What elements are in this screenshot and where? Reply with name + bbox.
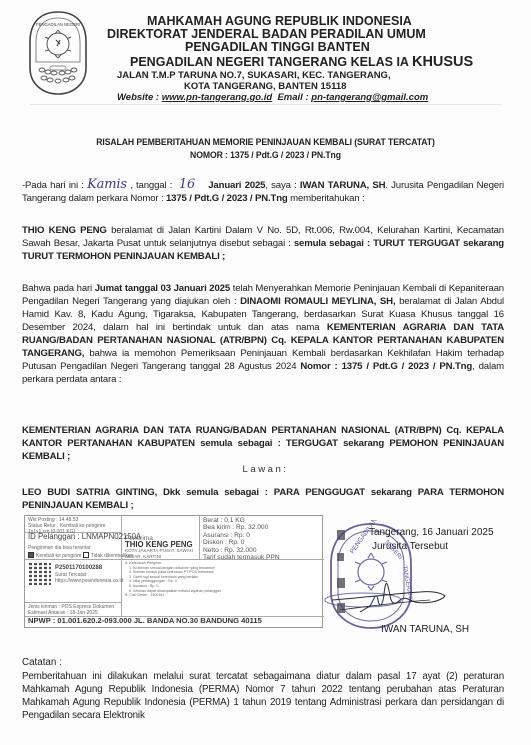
signature-name: IWAN TARUNA, SH — [381, 624, 469, 635]
return-to-sender-checkbox[interactable] — [28, 552, 34, 558]
receipt-recipient-address: KOTA JAKARTA PUSAT, SAWAH BESAR, KARTINI — [125, 548, 197, 560]
court-logo-icon: PENGADILAN NEGERI — [27, 10, 89, 96]
month-year: Januari 2025 — [208, 180, 265, 191]
recipient-paragraph: THIO KENG PENG beralamat di Jalan Kartin… — [22, 224, 504, 263]
postal-receipt: Wkt Posting : 14.48.53 Status Retur : Ke… — [24, 515, 323, 628]
case-number: 1375 / Pdt.G / 2023 / PN.Tng — [166, 193, 288, 204]
filer-name: DINAOMI ROMAULI MEYLINA, SH, — [240, 296, 395, 307]
court-name: PENGADILAN NEGERI TANGERANG KELAS IA — [130, 55, 412, 69]
no-return-checkbox[interactable] — [83, 552, 89, 558]
discount: Diskon : Rp. 0 — [203, 539, 280, 546]
petitioner-party: KEMENTERIAN AGRARIA DAN TATA RUANG/BADAN… — [22, 424, 504, 463]
respondent-party: LEO BUDI SATRIA GINTING, Dkk semula seba… — [22, 486, 504, 512]
opening-prefix: -Pada hari ini : — [22, 180, 87, 191]
recipient-name: THIO KENG PENG — [22, 225, 107, 236]
letterhead-address1: JALAN T.M.P TARUNA NO.7, SUKASARI, KEC. … — [117, 70, 391, 81]
letterhead-line4: PENGADILAN NEGERI TANGERANG KELAS IA KHU… — [130, 54, 473, 70]
opening-paragraph: -Pada hari ini : Kamis , tanggal : 16 Ja… — [22, 178, 504, 205]
shipment-info: Jenis kiriman : POS Express Dokumen Esti… — [28, 604, 114, 616]
tracking-url: https://www.posindonesia.co.id — [55, 578, 123, 584]
delivery-option-label: Pengiriman dia bisa terantar — [28, 545, 91, 551]
insurance: Asuransi : Rp. 0 — [203, 532, 280, 539]
header-divider — [30, 104, 501, 105]
tracking-block: P2501170100288 Surat Tercatat https://ww… — [55, 564, 123, 584]
website-label: Website : — [117, 92, 162, 103]
npwp: NPWP : 01.001.620.2-093.000 JL. BANDA NO… — [28, 616, 262, 625]
document-number: NOMOR : 1375 / Pdt.G / 2023 / PN.Tng — [19, 150, 513, 160]
opening-suffix: memberitahukan : — [288, 193, 365, 204]
court-class: KHUSUS — [412, 54, 473, 70]
receipt-divider — [199, 516, 200, 559]
letterhead-line2: DIREKTORAT JENDERAL BADAN PERADILAN UMUM — [107, 27, 426, 41]
shipping-fee: Bea kirim : Rp. 32.000 — [203, 524, 280, 531]
letterhead-address2: KOTA TANGERANG, BANTEN 15118 — [184, 81, 346, 92]
versus-label: Lawan: — [0, 464, 531, 475]
letterhead-line3: PENGADILAN TINGGI BANTEN — [185, 40, 370, 54]
tracking-number: P2501170100288 — [55, 564, 123, 572]
recipient-block: Penerima THIO KENG PENG KOTA JAKARTA PUS… — [125, 535, 197, 560]
signature-role: Jurusita Tersebut — [372, 541, 448, 552]
note-label: Catatan : — [22, 657, 62, 668]
document-title: RISALAH PEMBERITAHUAN MEMORIE PENINJAUAN… — [19, 137, 513, 147]
call-center: B. Call Center : 1500161 — [125, 593, 321, 598]
receipt-divider — [25, 602, 121, 603]
email-link[interactable]: pn-tangerang@gmail.com — [311, 92, 428, 103]
letterhead-line1: MAHKAMAH AGUNG REPUBLIK INDONESIA — [147, 14, 412, 28]
signature-place-date: Tangerang, 16 Januari 2025 — [369, 527, 494, 538]
fee-block: Berat : 0.1 KG Bea kirim : Rp. 32.000 As… — [203, 517, 280, 561]
decision-number: Nomor : 1375 / Pdt.G / 2023 / PN.Tng — [300, 361, 472, 372]
website-link[interactable]: www.pn-tangerang.go.id — [162, 92, 272, 103]
handwritten-date: 16 — [179, 177, 195, 192]
body-a: Bahwa pada hari — [22, 283, 95, 294]
email-label: Email : — [272, 92, 311, 103]
bailiff-name: IWAN TARUNA, SH — [300, 180, 385, 191]
letterhead-contact: Website : www.pn-tangerang.go.id Email :… — [117, 92, 428, 103]
svg-text:PENGADILAN NEGERI: PENGADILAN NEGERI — [36, 22, 80, 27]
body-paragraph: Bahwa pada hari Jumat tanggal 03 Januari… — [22, 282, 504, 386]
return-options: Kembali ke pengirim Tidak dikembalikan — [28, 552, 133, 559]
note-text: Pemberitahuan ini dilakukan melalui sura… — [22, 670, 504, 722]
sender-terms: A. Ketentuan Pengirim 1. Isi kiriman ses… — [125, 561, 321, 598]
return-to-sender-label: Kembali ke pengirim — [36, 553, 81, 559]
saya-label: , saya : — [265, 180, 300, 191]
tanggal-label: , tanggal : — [127, 180, 179, 191]
signature-icon — [330, 570, 470, 620]
submission-date: Jumat tanggal 03 Januari 2025 — [95, 283, 230, 294]
weight: Berat : 0.1 KG — [203, 517, 280, 524]
handwritten-day: Kamis — [87, 177, 127, 192]
net-fee: Netto : Rp. 32.000 — [203, 547, 280, 554]
qr-code-icon — [29, 563, 51, 585]
